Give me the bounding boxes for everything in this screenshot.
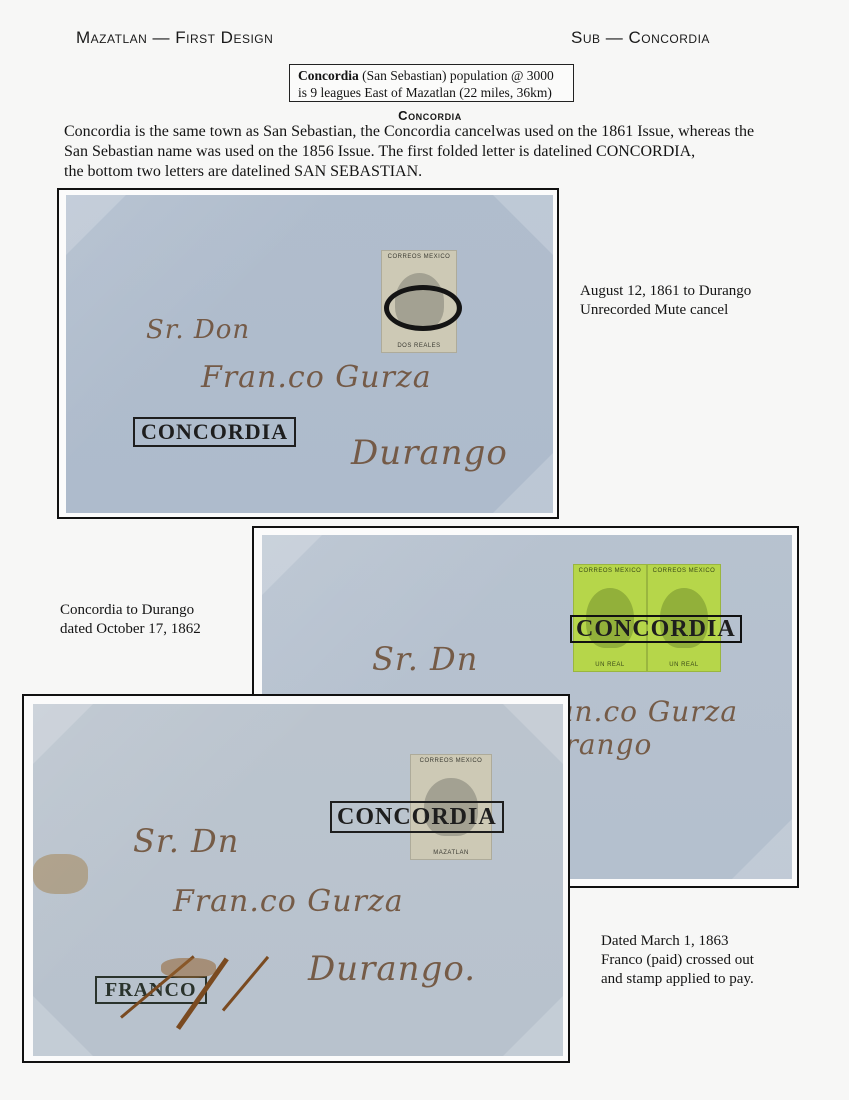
address-line: Sr. Dn [133, 822, 239, 860]
mount-corner-icon [503, 704, 563, 764]
cover-3: CORREOS MEXICO MAZATLAN CONCORDIA Sr. Dn… [33, 704, 563, 1056]
page-header-left: Mazatlan — First Design [76, 28, 273, 48]
concordia-handstamp: CONCORDIA [133, 417, 296, 447]
caption-line: August 12, 1861 to Durango [580, 282, 751, 301]
stamp-bottom-text: UN REAL [595, 662, 625, 668]
address-line: Durango. [308, 949, 476, 989]
address-line: Sr. Dn [372, 640, 478, 678]
stamp-bottom-text: DOS REALES [397, 343, 440, 349]
mount-corner-icon [493, 195, 553, 255]
stamp-top-text: CORREOS MEXICO [653, 568, 716, 574]
mount-corner-icon [262, 535, 322, 595]
concordia-handstamp: CONCORDIA [570, 615, 742, 643]
caption-line: Concordia to Durango [60, 601, 201, 620]
stamp-bottom-text: UN REAL [669, 662, 699, 668]
stain-mark [33, 854, 88, 894]
cover-2-caption: Concordia to Durango dated October 17, 1… [60, 601, 201, 639]
town-name: Concordia [298, 68, 359, 83]
caption-line: Franco (paid) crossed out [601, 951, 754, 970]
intro-line-3: the bottom two letters are datelined SAN… [64, 162, 844, 182]
town-info-box: Concordia (San Sebastian) population @ 3… [289, 64, 574, 102]
stamp-side-text: MAZATLAN [433, 850, 469, 856]
page-header-right: Sub — Concordia [571, 28, 710, 48]
cover-1-caption: August 12, 1861 to Durango Unrecorded Mu… [580, 282, 751, 320]
stamp-top-text: CORREOS MEXICO [388, 254, 451, 260]
mute-oval-cancel-icon [384, 285, 462, 331]
caption-line: dated October 17, 1862 [60, 620, 201, 639]
mount-corner-icon [66, 195, 126, 255]
intro-line-1: Concordia is the same town as San Sebast… [64, 122, 844, 142]
concordia-handstamp: CONCORDIA [330, 801, 504, 833]
crossed-out-stroke [222, 956, 269, 1012]
intro-paragraph: Concordia is the same town as San Sebast… [64, 122, 844, 182]
mount-corner-icon [33, 704, 93, 764]
mount-corner-icon [503, 996, 563, 1056]
address-line: Fran.co Gurza [173, 884, 404, 919]
mount-corner-icon [732, 819, 792, 879]
mount-corner-icon [33, 996, 93, 1056]
address-line: Durango [351, 433, 508, 473]
caption-line: and stamp applied to pay. [601, 970, 754, 989]
ink-blot [161, 958, 216, 978]
stamp-top-text: CORREOS MEXICO [579, 568, 642, 574]
caption-line: Unrecorded Mute cancel [580, 301, 751, 320]
town-info-line2: is 9 leagues East of Mazatlan (22 miles,… [298, 84, 573, 101]
town-info-line1: (San Sebastian) population @ 3000 [359, 68, 554, 83]
intro-line-2: San Sebastian name was used on the 1856 … [64, 142, 844, 162]
caption-line: Dated March 1, 1863 [601, 932, 754, 951]
stamp-top-text: CORREOS MEXICO [420, 758, 483, 764]
address-line: Sr. Don [146, 315, 250, 345]
section-title: Concordia [370, 108, 490, 123]
cover-1: CORREOS MEXICO DOS REALES Sr. Don Fran.c… [66, 195, 553, 513]
cover-3-caption: Dated March 1, 1863 Franco (paid) crosse… [601, 932, 754, 989]
address-line: Fran.co Gurza [201, 360, 432, 395]
